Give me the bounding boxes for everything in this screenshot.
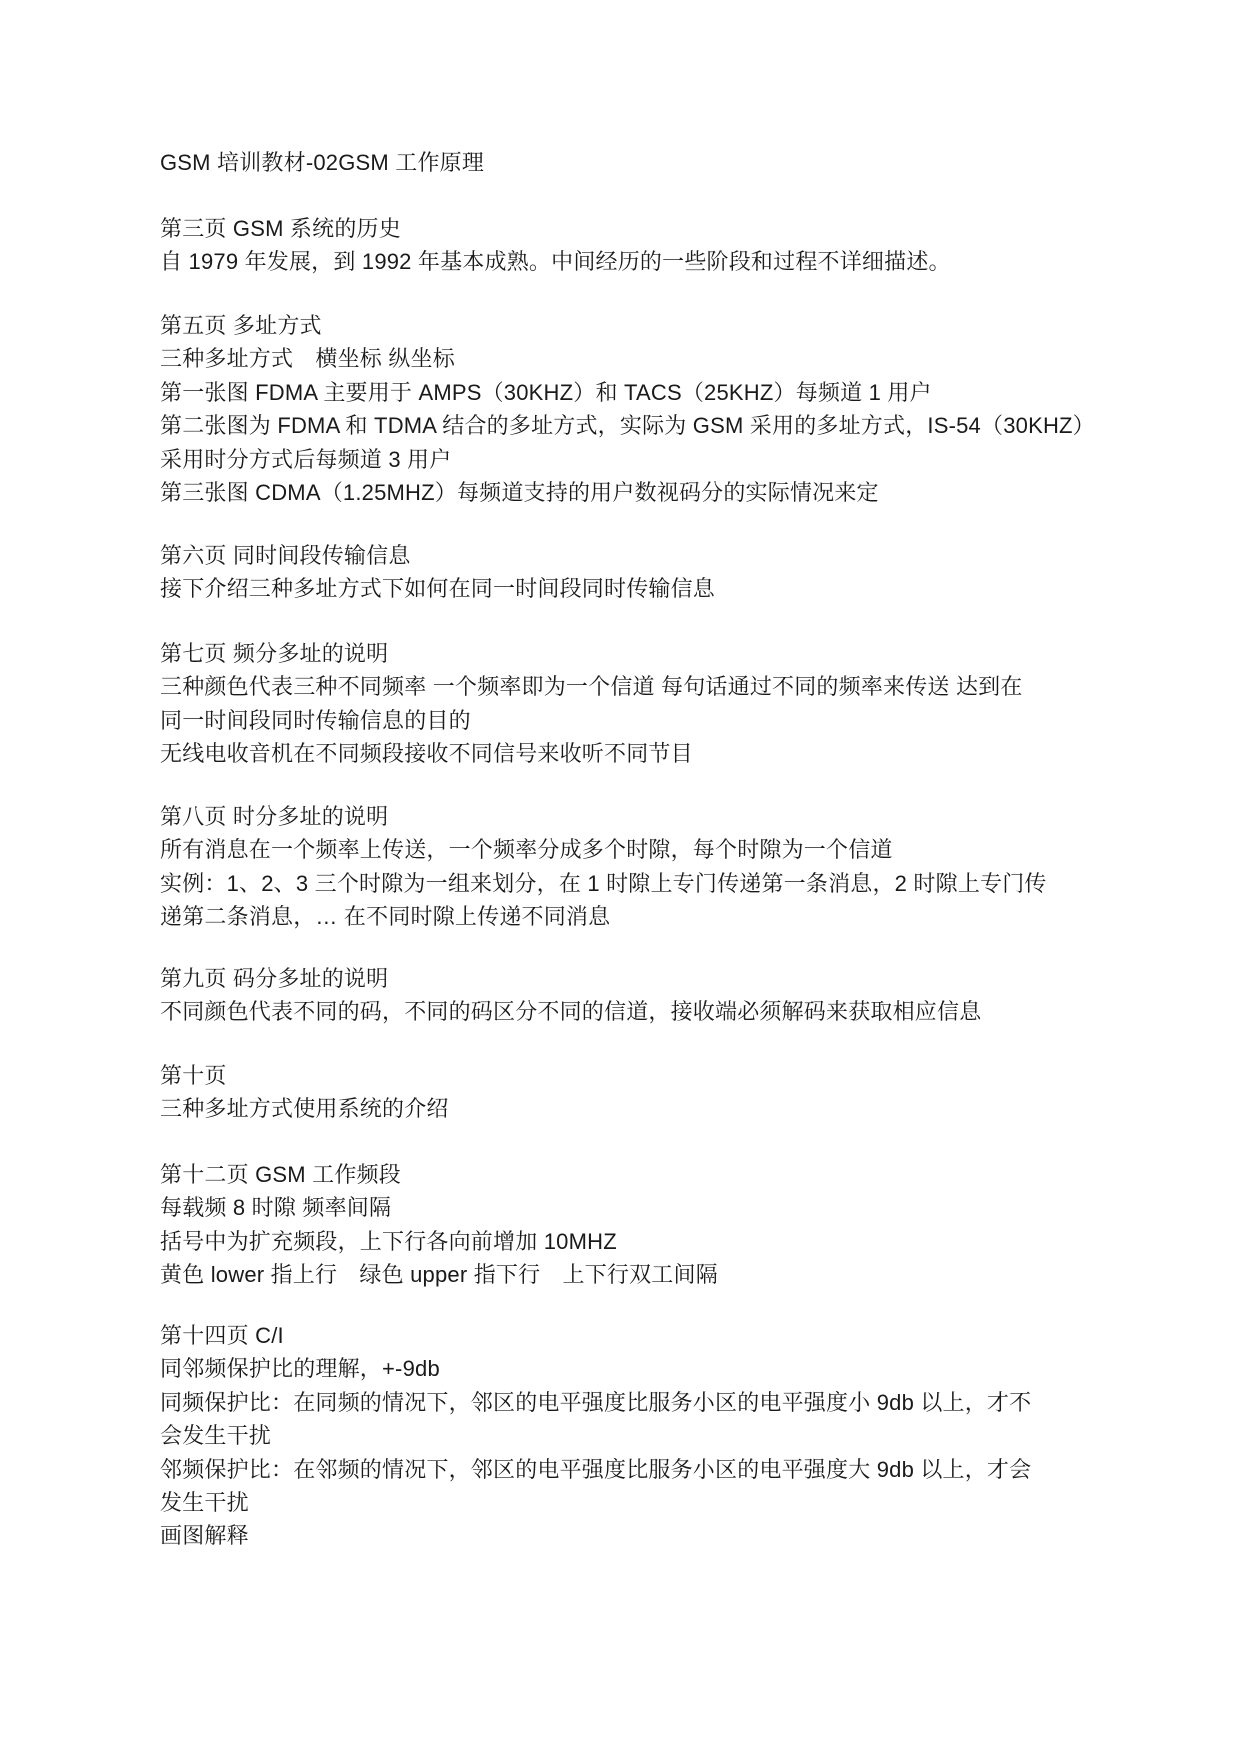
section-heading: 第五页 多址方式 (160, 309, 1201, 342)
section-heading: 第九页 码分多址的说明 (160, 962, 1201, 995)
section-heading: 第六页 同时间段传输信息 (160, 539, 1201, 572)
text-line: 所有消息在一个频率上传送，一个频率分成多个时隙，每个时隙为一个信道 (160, 833, 1201, 866)
text-line: 不同颜色代表不同的码，不同的码区分不同的信道，接收端必须解码来获取相应信息 (160, 995, 1201, 1028)
section-page-9: 第九页 码分多址的说明 不同颜色代表不同的码，不同的码区分不同的信道，接收端必须… (160, 962, 1201, 1029)
text-line: 同一时间段同时传输信息的目的 (160, 704, 1201, 737)
section-page-3: 第三页 GSM 系统的历史 自 1979 年发展，到 1992 年基本成熟。中间… (160, 212, 1201, 279)
section-page-6: 第六页 同时间段传输信息 接下介绍三种多址方式下如何在同一时间段同时传输信息 (160, 539, 1201, 606)
text-line: 第二张图为 FDMA 和 TDMA 结合的多址方式，实际为 GSM 采用的多址方… (160, 409, 1201, 442)
text-line: 画图解释 (160, 1519, 1201, 1552)
text-line: 采用时分方式后每频道 3 用户 (160, 443, 1201, 476)
section-page-14: 第十四页 C/I 同邻频保护比的理解，+-9db 同频保护比：在同频的情况下，邻… (160, 1319, 1201, 1553)
document-page: GSM 培训教材-02GSM 工作原理 第三页 GSM 系统的历史 自 1979… (0, 0, 1241, 1754)
section-heading: 第三页 GSM 系统的历史 (160, 212, 1201, 245)
text-line: 三种颜色代表三种不同频率 一个频率即为一个信道 每句话通过不同的频率来传送 达到… (160, 670, 1201, 703)
text-line: 三种多址方式使用系统的介绍 (160, 1092, 1201, 1125)
text-line: 每载频 8 时隙 频率间隔 (160, 1191, 1201, 1224)
text-line: 发生干扰 (160, 1486, 1201, 1519)
section-heading: 第八页 时分多址的说明 (160, 800, 1201, 833)
document-title: GSM 培训教材-02GSM 工作原理 (160, 146, 1201, 179)
section-page-8: 第八页 时分多址的说明 所有消息在一个频率上传送，一个频率分成多个时隙，每个时隙… (160, 800, 1201, 934)
section-page-12: 第十二页 GSM 工作频段 每载频 8 时隙 频率间隔 括号中为扩充频段，上下行… (160, 1158, 1201, 1292)
section-page-5: 第五页 多址方式 三种多址方式 横坐标 纵坐标 第一张图 FDMA 主要用于 A… (160, 309, 1201, 509)
document-title-block: GSM 培训教材-02GSM 工作原理 (160, 146, 1201, 179)
text-line: 黄色 lower 指上行 绿色 upper 指下行 上下行双工间隔 (160, 1258, 1201, 1291)
section-heading: 第十页 (160, 1059, 1201, 1092)
text-line: 递第二条消息，… 在不同时隙上传递不同消息 (160, 900, 1201, 933)
text-line: 第一张图 FDMA 主要用于 AMPS（30KHZ）和 TACS（25KHZ）每… (160, 376, 1201, 409)
text-line: 自 1979 年发展，到 1992 年基本成熟。中间经历的一些阶段和过程不详细描… (160, 245, 1201, 278)
section-heading: 第十二页 GSM 工作频段 (160, 1158, 1201, 1191)
text-line: 会发生干扰 (160, 1419, 1201, 1452)
section-page-7: 第七页 频分多址的说明 三种颜色代表三种不同频率 一个频率即为一个信道 每句话通… (160, 637, 1201, 771)
text-line: 第三张图 CDMA（1.25MHZ）每频道支持的用户数视码分的实际情况来定 (160, 476, 1201, 509)
section-heading: 第七页 频分多址的说明 (160, 637, 1201, 670)
text-line: 括号中为扩充频段，上下行各向前增加 10MHZ (160, 1225, 1201, 1258)
text-line: 接下介绍三种多址方式下如何在同一时间段同时传输信息 (160, 572, 1201, 605)
text-line: 同频保护比：在同频的情况下，邻区的电平强度比服务小区的电平强度小 9db 以上，… (160, 1386, 1201, 1419)
text-line: 无线电收音机在不同频段接收不同信号来收听不同节目 (160, 737, 1201, 770)
text-line: 实例：1、2、3 三个时隙为一组来划分，在 1 时隙上专门传递第一条消息，2 时… (160, 867, 1201, 900)
section-page-10: 第十页 三种多址方式使用系统的介绍 (160, 1059, 1201, 1126)
section-heading: 第十四页 C/I (160, 1319, 1201, 1352)
text-line: 三种多址方式 横坐标 纵坐标 (160, 342, 1201, 375)
text-line: 邻频保护比：在邻频的情况下，邻区的电平强度比服务小区的电平强度大 9db 以上，… (160, 1453, 1201, 1486)
text-line: 同邻频保护比的理解，+-9db (160, 1352, 1201, 1385)
